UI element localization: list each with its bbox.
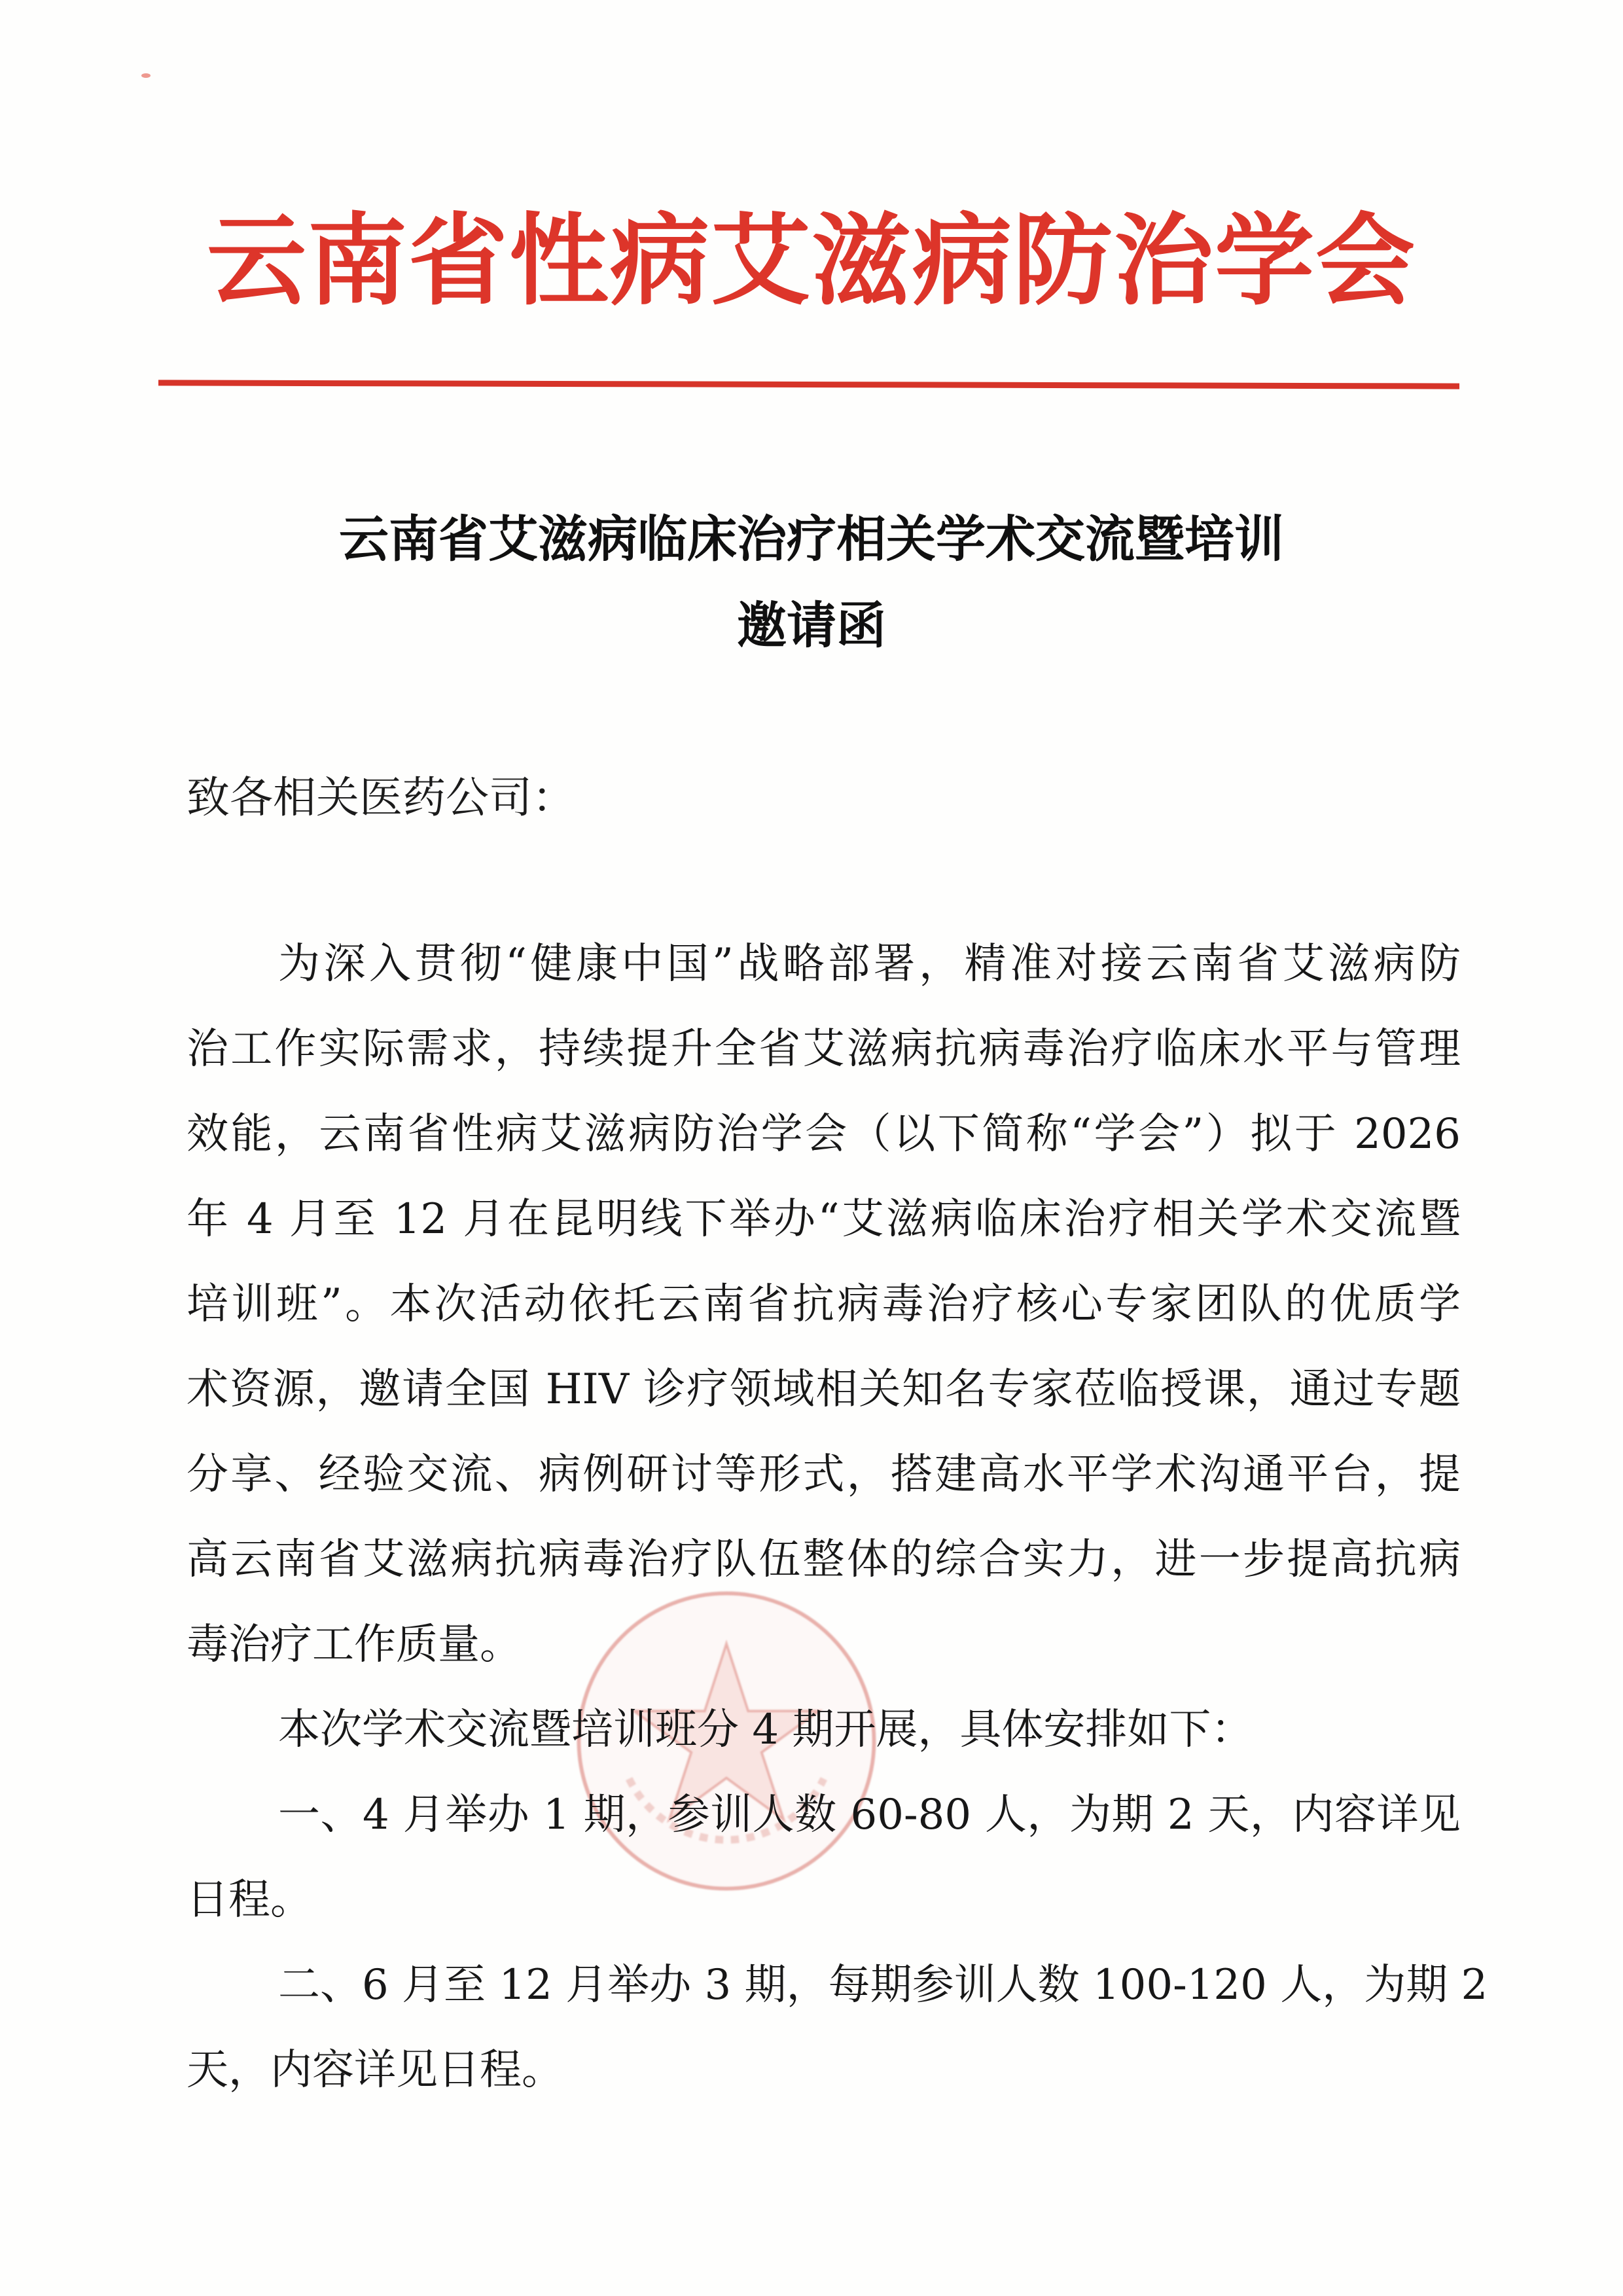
document-title: 云南省艾滋病临床治疗相关学术交流暨培训 <box>0 514 1623 564</box>
body-line: 为深入贯彻“健康中国”战略部署，精准对接云南省艾滋病防 <box>187 922 1461 1007</box>
body-line: 培训班”。本次活动依托云南省抗病毒治疗核心专家团队的优质学 <box>187 1262 1461 1347</box>
scan-speck <box>141 73 151 78</box>
body-line: 毒治疗工作质量。 <box>187 1602 1461 1687</box>
letterhead-rule <box>158 380 1459 389</box>
body-line: 日程。 <box>187 1857 1461 1943</box>
body-line: 治工作实际需求，持续提升全省艾滋病抗病毒治疗临床水平与管理 <box>187 1007 1461 1092</box>
salutation: 致各相关医药公司： <box>187 776 575 819</box>
letterhead-org-name: 云南省性病艾滋病防治学会 <box>0 211 1623 310</box>
body-line: 本次学术交流暨培训班分 4 期开展，具体安排如下： <box>187 1687 1461 1772</box>
letter-body: 为深入贯彻“健康中国”战略部署，精准对接云南省艾滋病防 治工作实际需求，持续提升… <box>187 922 1461 2113</box>
body-line: 天，内容详见日程。 <box>187 2028 1461 2113</box>
body-line: 分享、经验交流、病例研讨等形式，搭建高水平学术沟通平台，提 <box>187 1432 1461 1517</box>
body-line: 一、4 月举办 1 期，参训人数 60-80 人，为期 2 天，内容详见 <box>187 1772 1461 1857</box>
body-line: 年 4 月至 12 月在昆明线下举办“艾滋病临床治疗相关学术交流暨 <box>187 1177 1461 1262</box>
body-line: 高云南省艾滋病抗病毒治疗队伍整体的综合实力，进一步提高抗病 <box>187 1517 1461 1602</box>
document-subtitle: 邀请函 <box>0 601 1623 651</box>
body-line: 术资源，邀请全国 HIV 诊疗领域相关知名专家莅临授课，通过专题 <box>187 1347 1461 1432</box>
body-line: 效能，云南省性病艾滋病防治学会（以下简称“学会”）拟于 2026 <box>187 1092 1461 1177</box>
body-line: 二、6 月至 12 月举办 3 期，每期参训人数 100-120 人，为期 2 <box>187 1943 1461 2028</box>
document-page: 云南省性病艾滋病防治学会 云南省艾滋病临床治疗相关学术交流暨培训 邀请函 致各相… <box>0 0 1623 2296</box>
